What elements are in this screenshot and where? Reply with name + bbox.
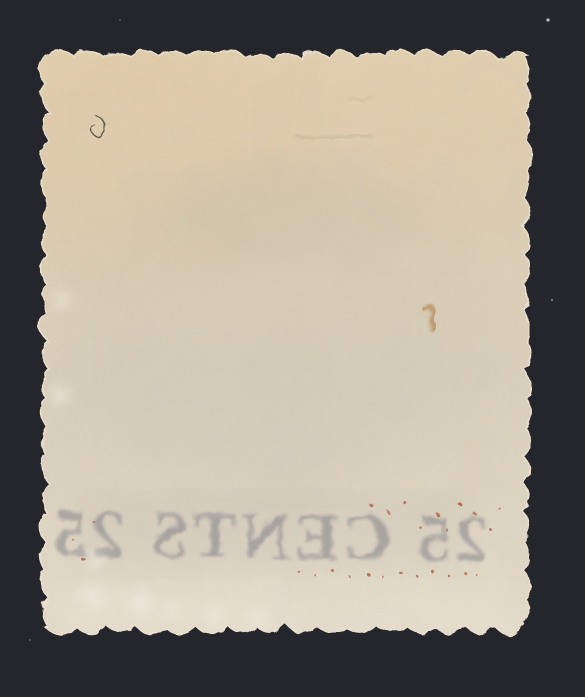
stamp-photo-canvas: 25 CENTS 25 [0,0,585,697]
paper-grain-texture [40,45,535,640]
stamp-back: 25 CENTS 25 [0,40,560,640]
photo-of-stamp-back: 25 CENTS 25 [0,0,585,697]
